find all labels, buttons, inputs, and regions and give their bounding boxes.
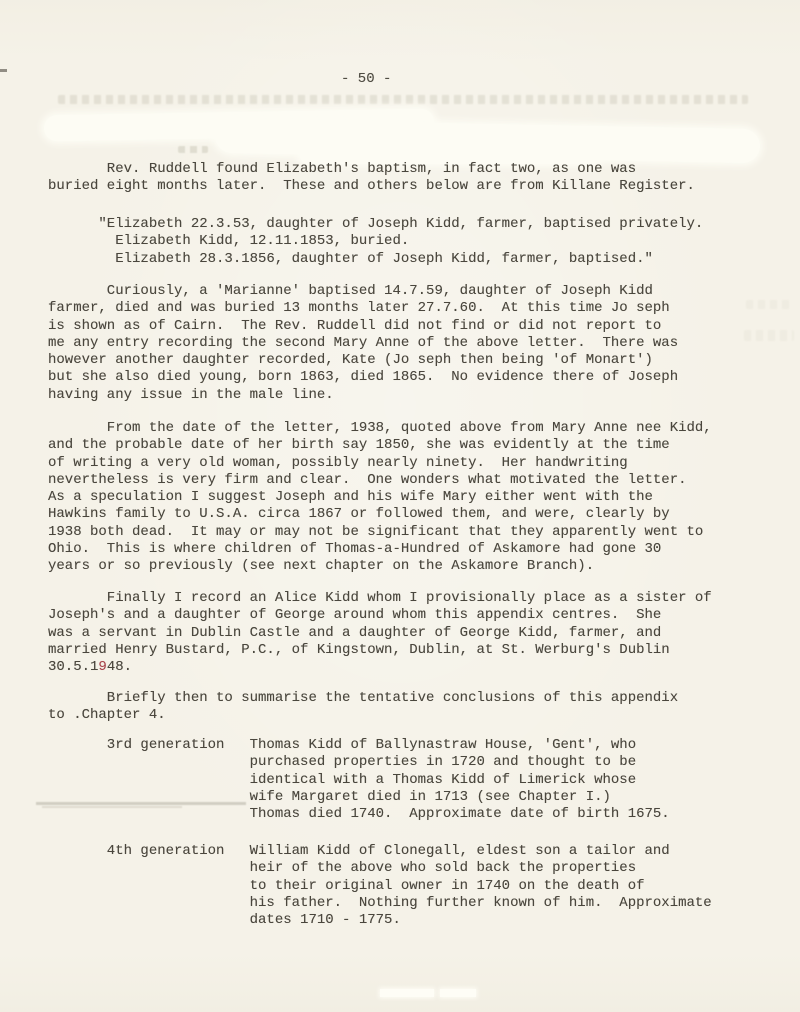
bleedthrough-mark: [58, 95, 748, 104]
bleedthrough-mark: [178, 146, 208, 153]
generation-4-entry: 4th generation William Kidd of Clonegall…: [48, 843, 712, 929]
paragraph-summary: Briefly then to summarise the tentative …: [48, 690, 678, 725]
red-overtyped-digit: 9: [98, 659, 106, 675]
paragraph-alice-kidd: Finally I record an Alice Kidd whom I pr…: [48, 590, 712, 659]
paragraph-marianne: Curiously, a 'Marianne' baptised 14.7.59…: [48, 283, 678, 404]
marriage-date-after: 48.: [107, 659, 132, 675]
generation-3-entry: 3rd generation Thomas Kidd of Ballynastr…: [48, 737, 670, 823]
page-number: - 50 -: [341, 71, 391, 87]
bleedthrough-mark: [744, 330, 794, 341]
scan-light-strip: [440, 989, 476, 997]
bleedthrough-mark: [746, 300, 790, 309]
scan-edge-mark: [0, 69, 7, 72]
scan-light-strip: [380, 989, 434, 997]
marriage-date: 30.5.1948.: [48, 659, 132, 676]
scanned-page: - 50 - Rev. Ruddell found Elizabeth's ba…: [0, 0, 800, 1012]
paragraph-intro: Rev. Ruddell found Elizabeth's baptism, …: [48, 161, 695, 196]
paragraph-letter-1938: From the date of the letter, 1938, quote…: [48, 420, 712, 576]
killane-register-quote: "Elizabeth 22.3.53, daughter of Joseph K…: [48, 216, 703, 268]
marriage-date-before: 30.5.1: [48, 659, 98, 675]
